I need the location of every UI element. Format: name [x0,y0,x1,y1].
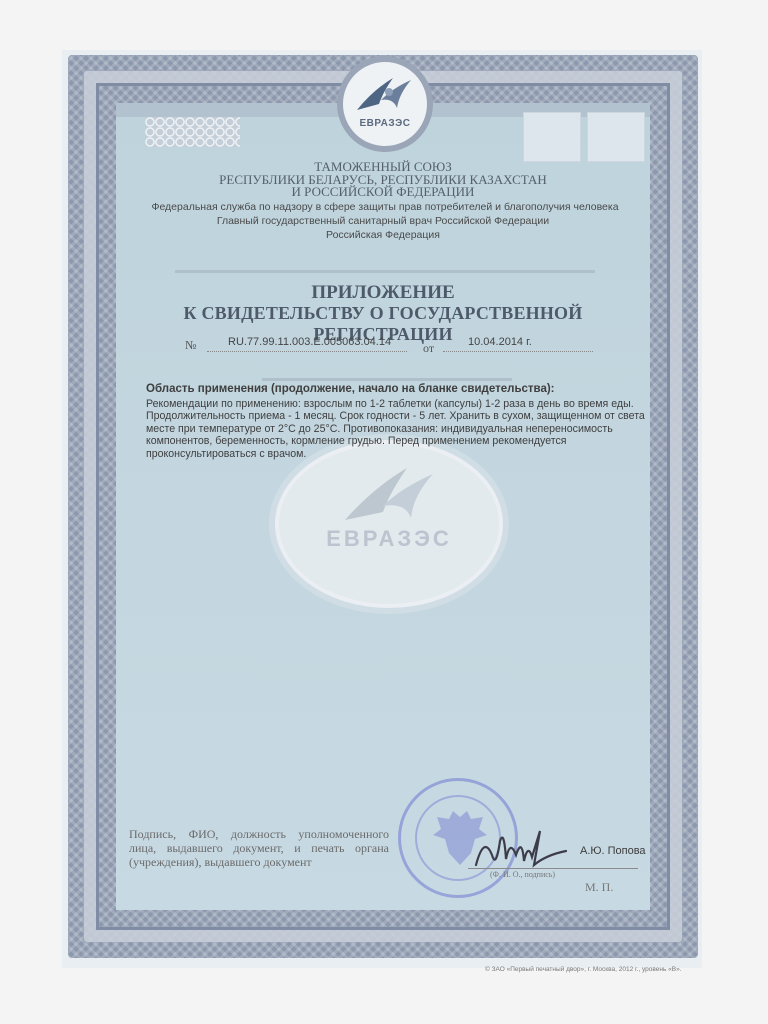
registration-date: 10.04.2014 г. [468,336,532,348]
seal-place-mark: М. П. [585,880,613,895]
republics-line-2: И РОССИЙСКОЙ ФЕДЕРАЦИИ [116,186,650,198]
emblem-label: ЕВРАЗЭС [343,118,427,129]
eurasec-watermark: ЕВРАЗЭС [275,440,503,608]
blank-fields [523,112,645,162]
service-name: Федеральная служба по надзору в сфере за… [110,201,660,213]
document-title: ПРИЛОЖЕНИЕ [116,282,650,304]
watermark-label: ЕВРАЗЭС [279,526,499,552]
from-label: от [423,341,434,356]
number-sign: № [185,338,196,353]
blank-box [523,112,581,162]
republics-heading: РЕСПУБЛИКИ БЕЛАРУСЬ, РЕСПУБЛИКИ КАЗАХСТА… [116,174,650,198]
chief-doctor-title: Главный государственный санитарный врач … [116,215,650,227]
eurasec-emblem: ЕВРАЗЭС [337,56,433,152]
number-underline [207,351,407,352]
printer-imprint: © ЗАО «Первый печатный двор», г. Москва,… [485,966,682,973]
scope-section: Область применения (продолжение, начало … [146,383,656,460]
signature-label: Подпись, ФИО, должность уполномоченного … [129,827,389,869]
fine-print-caption [262,378,512,381]
security-pattern-box [145,117,240,147]
fine-print-line [175,270,595,273]
signature-line [468,868,638,869]
date-underline [443,351,593,352]
scope-heading: Область применения (продолжение, начало … [146,383,656,395]
emblem-swoosh-icon [353,70,417,118]
blank-box [587,112,645,162]
signature-caption: (Ф. И. О., подпись) [490,870,555,879]
watermark-swoosh-icon [339,458,439,528]
signatory-name: А.Ю. Попова [580,845,646,857]
scope-body: Рекомендации по применению: взрослым по … [146,398,656,460]
registration-number: RU.77.99.11.003.E.005063.04.14 [228,336,391,348]
country-name: Российская Федерация [116,229,650,241]
